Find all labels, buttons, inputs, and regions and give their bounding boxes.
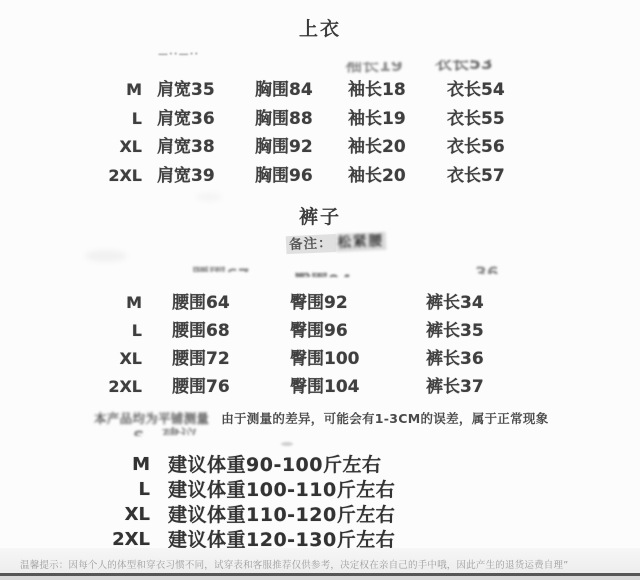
size-label: L [70, 108, 142, 130]
tops-row-m: M 肩宽35 胸围84 袖长18 衣长54 [0, 79, 640, 101]
waist-value: 腰围72 [172, 348, 230, 370]
remark-value-blurred: 松紧腰 [335, 232, 386, 252]
length-value: 裤长37 [426, 376, 484, 398]
shoulder-value: 肩宽36 [157, 108, 215, 130]
paper-smudge [281, 442, 293, 446]
bust-value: 胸围88 [255, 108, 313, 130]
size-label: XL [70, 136, 142, 158]
note-text: 由于测量的差异，可能会有1-3CM的误差，属于正常现象 [221, 411, 548, 426]
hip-value: 臀围104 [290, 376, 360, 398]
pants-covered-hip-fragment: 臀围94 [294, 268, 354, 277]
length-value: 裤长36 [426, 348, 484, 370]
sleeve-value: 袖长18 [348, 79, 406, 101]
tops-title: 上衣 [0, 14, 640, 41]
bust-value: 胸围96 [255, 165, 313, 187]
pants-covered-waist-fragment: 腰围67 [192, 262, 250, 272]
pants-row-2xl: 2XL 腰围76 臀围104 裤长37 [0, 376, 640, 398]
length-value: 衣长56 [447, 136, 505, 158]
weights-covered-text-fragment: 建议 [162, 424, 202, 435]
tops-row-l: L 肩宽36 胸围88 袖长19 衣长55 [0, 108, 640, 130]
shoulder-value: 肩宽35 [157, 79, 215, 101]
size-label: 2XL [70, 165, 142, 187]
tops-covered-sleeve-fragment: 袖长19 [345, 62, 403, 73]
size-label: L [70, 320, 142, 342]
length-value: 衣长54 [447, 79, 505, 101]
weight-text: 建议体重110-120斤左右 [168, 504, 395, 526]
weight-text: 建议体重100-110斤左右 [168, 479, 395, 501]
hip-value: 臀围100 [290, 348, 360, 370]
size-chart-image: 上衣 —··—·· 袖长19 衣长53 M 肩宽35 胸围84 袖长18 衣长5… [0, 0, 640, 580]
pants-title: 裤子 [0, 202, 640, 229]
sleeve-value: 袖长20 [348, 165, 406, 187]
size-label: XL [70, 504, 150, 526]
remark-label: 备注： [286, 234, 336, 254]
size-label: M [70, 454, 150, 476]
size-label: M [70, 292, 142, 314]
length-value: 衣长57 [447, 165, 505, 187]
hip-value: 臀围96 [290, 320, 348, 342]
paper-smudge [85, 250, 127, 262]
footer-bottom-strip [0, 576, 640, 580]
pants-row-l: L 腰围68 臀围96 裤长35 [0, 320, 640, 342]
waist-value: 腰围68 [172, 320, 230, 342]
size-label: XL [70, 348, 142, 370]
pants-covered-length-fragment: 36 [475, 265, 503, 274]
weight-row-m: M 建议体重90-100斤左右 [0, 454, 640, 476]
paper-smudge [196, 193, 222, 201]
weights-covered-size-fragment: S [133, 428, 147, 436]
hip-value: 臀围92 [290, 292, 348, 314]
size-label: M [70, 79, 142, 101]
size-label: L [70, 479, 150, 501]
shoulder-value: 肩宽39 [157, 165, 215, 187]
sleeve-value: 袖长19 [348, 108, 406, 130]
warm-tip-text: 温馨提示：因每个人的体型和穿衣习惯不同，试穿表和客服推荐仅供参考，决定权在亲自己… [20, 557, 626, 571]
length-value: 裤长34 [426, 292, 484, 314]
tops-row-xl: XL 肩宽38 胸围92 袖长20 衣长56 [0, 136, 640, 158]
pants-remark: 备注：松紧腰 [286, 229, 387, 253]
length-value: 裤长35 [426, 320, 484, 342]
waist-value: 腰围76 [172, 376, 230, 398]
shoulder-value: 肩宽38 [157, 136, 215, 158]
waist-value: 腰围64 [172, 292, 230, 314]
size-label: 2XL [70, 376, 142, 398]
pants-row-xl: XL 腰围72 臀围100 裤长36 [0, 348, 640, 370]
bust-value: 胸围92 [255, 136, 313, 158]
footer-bar: 温馨提示：因每个人的体型和穿衣习惯不同，试穿表和客服推荐仅供参考，决定权在亲自己… [0, 548, 640, 580]
pants-row-m: M 腰围64 臀围92 裤长34 [0, 292, 640, 314]
tops-row-2xl: 2XL 肩宽39 胸围96 袖长20 衣长57 [0, 165, 640, 187]
weight-row-l: L 建议体重100-110斤左右 [0, 479, 640, 501]
length-value: 衣长55 [447, 108, 505, 130]
weight-text: 建议体重90-100斤左右 [168, 454, 382, 476]
bust-value: 胸围84 [255, 79, 313, 101]
weight-row-xl: XL 建议体重110-120斤左右 [0, 504, 640, 526]
sleeve-value: 袖长20 [348, 136, 406, 158]
tops-covered-length-fragment: 衣长53 [435, 60, 501, 74]
tops-covered-row-smudge: —··—·· [158, 49, 199, 60]
